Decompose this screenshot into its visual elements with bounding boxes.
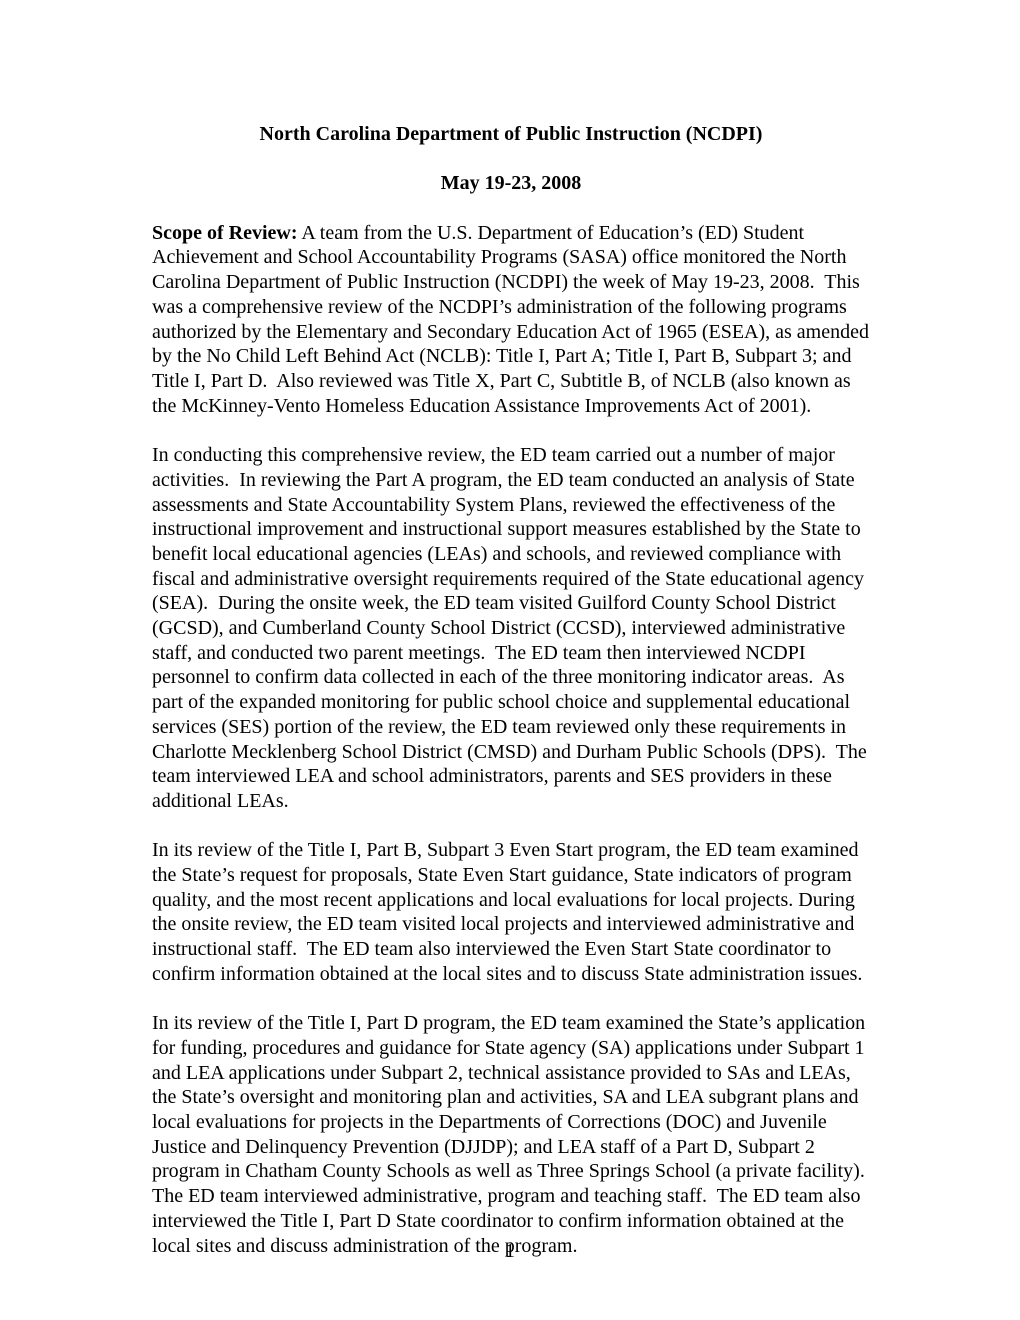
paragraph-text-review-activities: In conducting this comprehensive review,… xyxy=(152,444,872,812)
paragraph-text-title1-partd: In its review of the Title I, Part D pro… xyxy=(152,1012,874,1256)
paragraph-text-title1-partb-even-start: In its review of the Title I, Part B, Su… xyxy=(152,839,864,985)
document-title: North Carolina Department of Public Inst… xyxy=(152,122,870,147)
paragraph-review-activities: In conducting this comprehensive review,… xyxy=(152,443,870,814)
paragraph-text-scope-of-review: A team from the U.S. Department of Educa… xyxy=(152,222,874,417)
paragraph-scope-of-review: Scope of Review: A team from the U.S. De… xyxy=(152,221,870,419)
document-date: May 19-23, 2008 xyxy=(152,171,870,196)
document-page: North Carolina Department of Public Inst… xyxy=(0,0,1020,1320)
paragraph-title1-partd: In its review of the Title I, Part D pro… xyxy=(152,1011,870,1258)
paragraph-title1-partb-even-start: In its review of the Title I, Part B, Su… xyxy=(152,838,870,986)
page-number: 1 xyxy=(0,1239,1020,1264)
paragraph-lead-scope-of-review: Scope of Review: xyxy=(152,222,298,244)
